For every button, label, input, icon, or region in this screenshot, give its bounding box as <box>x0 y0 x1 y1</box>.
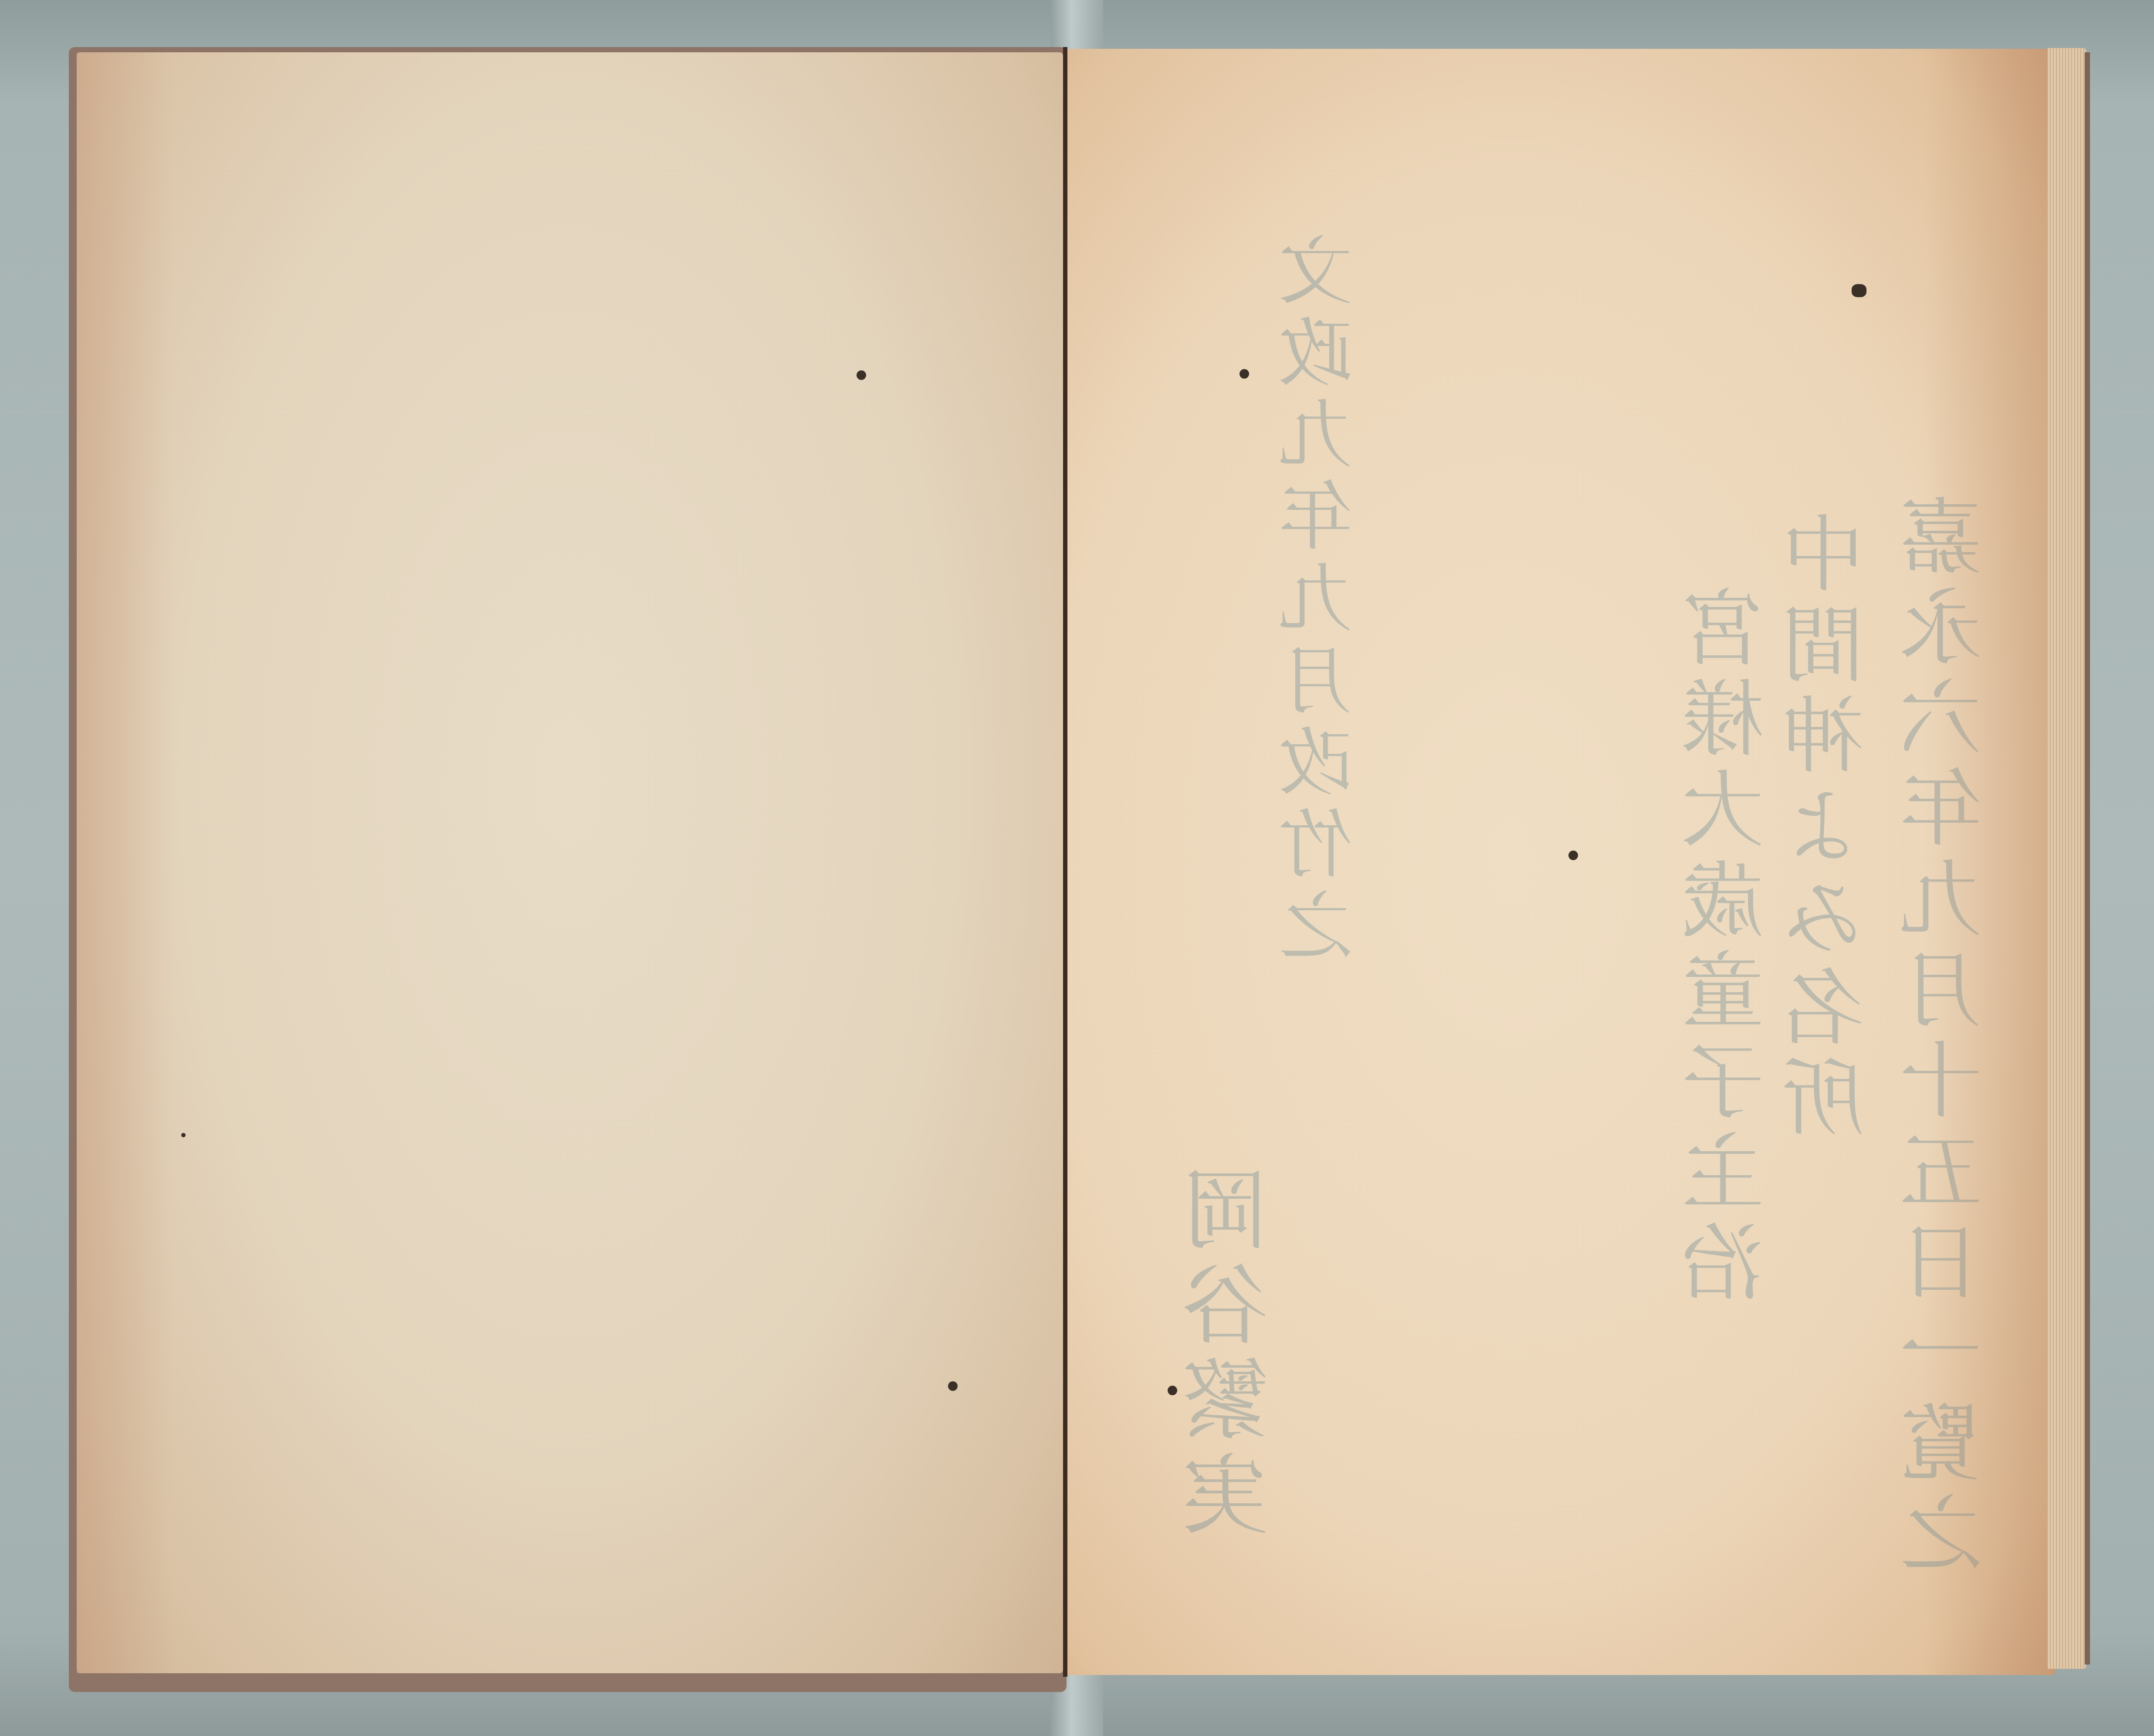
wormhole <box>1568 851 1578 860</box>
gutter <box>1063 47 1067 1677</box>
right-page: 嘉永六年九月十五日一覧之 中間神よみ名所 宮様大歳童子主治 文政九年九月改竹之 … <box>1067 49 2055 1675</box>
back-cover <box>2085 52 2090 1665</box>
text-column-4: 文政九年九月改竹之 <box>1285 232 1359 969</box>
wormhole <box>1240 369 1249 379</box>
text-column-1: 嘉永六年九月十五日一覧之 <box>1907 493 1989 1581</box>
left-page <box>77 52 1063 1673</box>
text-column-3: 宮様大歳童子主治 <box>1689 585 1771 1310</box>
wormhole <box>857 370 866 380</box>
text-column-2: 中間神よみ名所 <box>1789 511 1872 1145</box>
wormhole <box>1852 284 1866 297</box>
speck <box>181 1133 186 1137</box>
wormhole <box>1168 1386 1177 1395</box>
signature: 岡谷繁実 <box>1189 1164 1277 1544</box>
wormhole <box>948 1381 958 1391</box>
page-edges <box>2048 48 2086 1669</box>
